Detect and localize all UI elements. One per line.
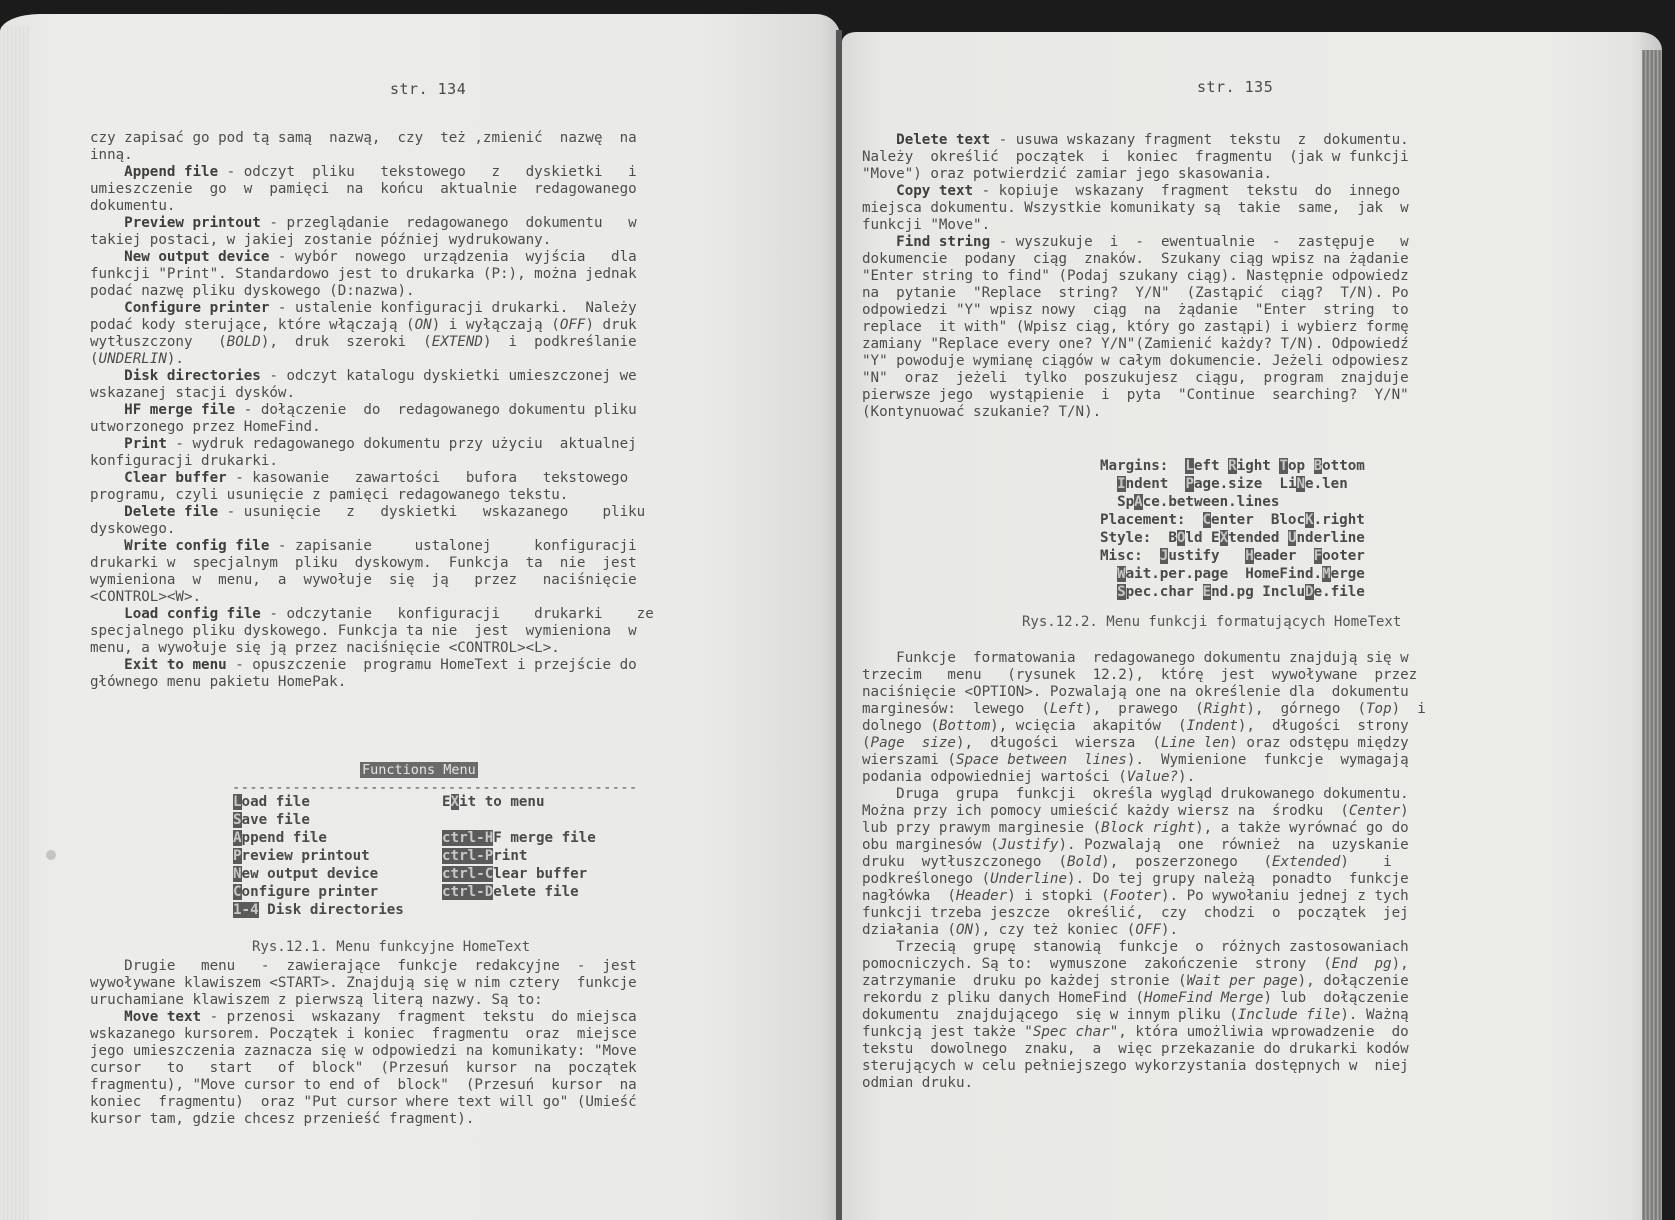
format-menu-row: Wait.per.page HomeFind.Merge: [1100, 565, 1365, 583]
format-menu-row: Spec.char End.pg IncluDe.file: [1100, 583, 1365, 601]
figure-caption-12-1: Rys.12.1. Menu funkcyjne HomeText: [252, 939, 530, 955]
paragraph: Delete file - usunięcie z dyskietki wska…: [90, 504, 654, 538]
paragraph: Load config file - odczytanie konfigurac…: [90, 606, 654, 657]
right-body-text: Delete text - usuwa wskazany fragment te…: [862, 132, 1409, 421]
functions-menu-title: Functions Menu: [360, 762, 478, 778]
left-body-text-after-figure: Drugie menu - zawierające funkcje redakc…: [90, 958, 637, 1128]
figure-caption-12-2: Rys.12.2. Menu funkcji formatujących Hom…: [1022, 614, 1401, 630]
menu-item: Load file: [233, 793, 404, 811]
menu-item: ctrl-HF merge file: [442, 829, 596, 847]
format-menu-row: Indent Page.size LiNe.len: [1100, 475, 1365, 493]
paragraph: Append file - odczyt pliku tekstowego z …: [90, 164, 654, 215]
menu-item: 1-4 Disk directories: [233, 901, 404, 919]
page-number-left: str. 134: [390, 80, 466, 98]
format-menu-row: Misc: Justify Header Footer: [1100, 547, 1365, 565]
menu-item: Preview printout: [233, 847, 404, 865]
paragraph: Druga grupa funkcji określa wygląd druko…: [862, 786, 1426, 939]
format-menu-row: Style: BOld EXtended Underline: [1100, 529, 1365, 547]
menu-item: ctrl-Delete file: [442, 883, 596, 901]
menu-item: Save file: [233, 811, 404, 829]
right-body-text-after-figure: Funkcje formatowania redagowanego dokume…: [862, 650, 1426, 1092]
menu-item: [442, 811, 596, 829]
paragraph: Trzecią grupę stanowią funkcje o różnych…: [862, 939, 1426, 1092]
menu-item: ctrl-Print: [442, 847, 596, 865]
paragraph: czy zapisać go pod tą samą nazwą, czy te…: [90, 130, 654, 164]
menu-item: EXit to menu: [442, 793, 596, 811]
paragraph: Drugie menu - zawierające funkcje redakc…: [90, 958, 637, 1009]
paragraph: Configure printer - ustalenie konfigurac…: [90, 300, 654, 368]
functions-menu-column-1: Load fileSave fileAppend filePreview pri…: [233, 793, 404, 919]
menu-item: Append file: [233, 829, 404, 847]
page-smudge: [46, 850, 56, 860]
page-number-right: str. 135: [1197, 78, 1273, 96]
paragraph: Copy text - kopiuje wskazany fragment te…: [862, 183, 1409, 234]
menu-item: ctrl-Clear buffer: [442, 865, 596, 883]
page-edge-decoration: [1642, 50, 1662, 1220]
paragraph: Move text - przenosi wskazany fragment t…: [90, 1009, 637, 1128]
menu-item: New output device: [233, 865, 404, 883]
functions-menu-column-2: EXit to menu ctrl-HF merge filectrl-Prin…: [442, 793, 596, 901]
left-page: str. 134 czy zapisać go pod tą samą nazw…: [0, 14, 840, 1220]
formatting-menu-figure: Margins: Left Right Top Bottom Indent Pa…: [1100, 457, 1365, 601]
paragraph: Funkcje formatowania redagowanego dokume…: [862, 650, 1426, 786]
paragraph: Preview printout - przeglądanie redagowa…: [90, 215, 654, 249]
paragraph: New output device - wybór nowego urządze…: [90, 249, 654, 300]
page-edge-decoration: [0, 26, 30, 1220]
format-menu-row: Margins: Left Right Top Bottom: [1100, 457, 1365, 475]
paragraph: Delete text - usuwa wskazany fragment te…: [862, 132, 1409, 183]
paragraph: Find string - wyszukuje i - ewentualnie …: [862, 234, 1409, 421]
right-page: str. 135 Delete text - usuwa wskazany fr…: [842, 32, 1662, 1220]
format-menu-row: SpAce.between.lines: [1100, 493, 1365, 511]
paragraph: Print - wydruk redagowanego dokumentu pr…: [90, 436, 654, 470]
format-menu-row: Placement: Center BlocK.right: [1100, 511, 1365, 529]
paragraph: HF merge file - dołączenie do redagowane…: [90, 402, 654, 436]
paragraph: Disk directories - odczyt katalogu dyski…: [90, 368, 654, 402]
paragraph: Exit to menu - opuszczenie programu Home…: [90, 657, 654, 691]
left-body-text: czy zapisać go pod tą samą nazwą, czy te…: [90, 130, 654, 691]
paragraph: Write config file - zapisanie ustalonej …: [90, 538, 654, 606]
menu-item: Configure printer: [233, 883, 404, 901]
paragraph: Clear buffer - kasowanie zawartości bufo…: [90, 470, 654, 504]
